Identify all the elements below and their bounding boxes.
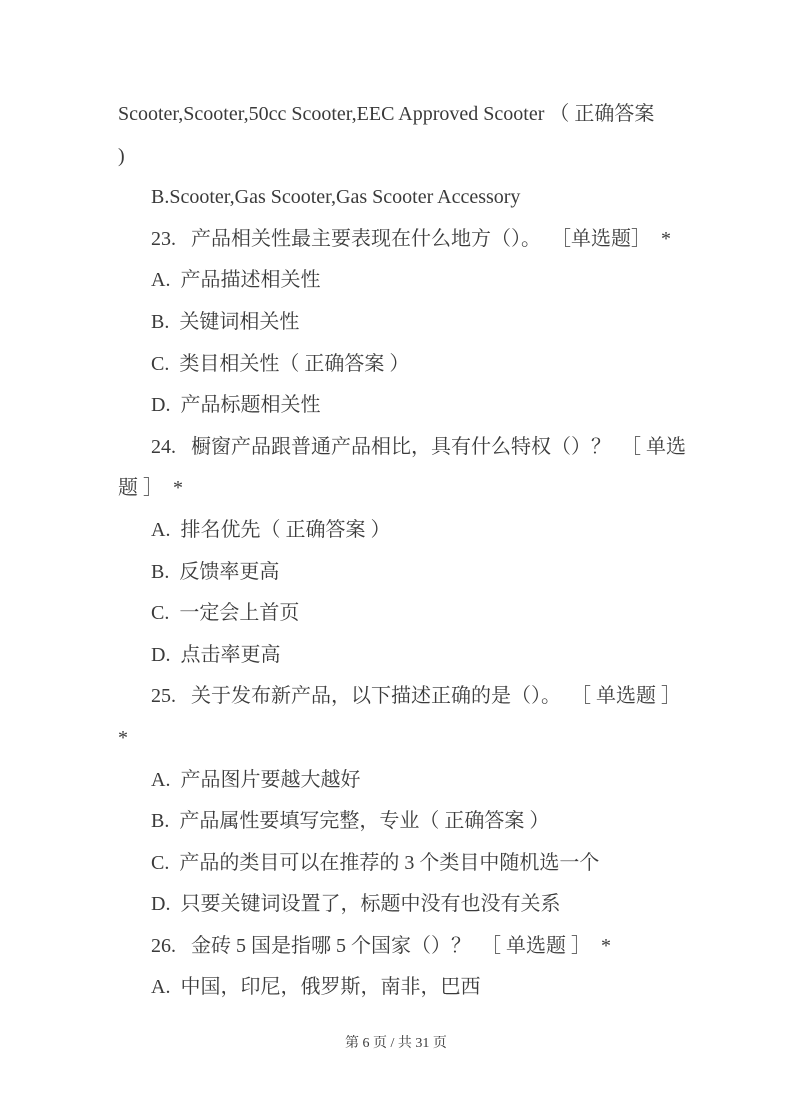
document-page: Scooter,Scooter,50cc Scooter,EEC Approve… (0, 0, 792, 1120)
page-number: 第 6 页 / 共 31 页 (345, 1036, 447, 1051)
doc-line: Scooter,Scooter,50cc Scooter,EEC Approve… (118, 94, 676, 136)
doc-line: 25. 关于发布新产品，以下描述正确的是（）。 ［ 单选题 ］ (118, 676, 676, 718)
doc-line: B. 反馈率更高 (118, 552, 676, 594)
doc-line: D. 产品标题相关性 (118, 385, 676, 427)
page-footer: 第 6 页 / 共 31 页 (0, 1034, 792, 1054)
doc-line: C. 一定会上首页 (118, 593, 676, 635)
doc-line: A. 排名优先（ 正确答案 ） (118, 510, 676, 552)
doc-line: A. 中国，印尼，俄罗斯，南非，巴西 (118, 967, 676, 1009)
document-body: Scooter,Scooter,50cc Scooter,EEC Approve… (118, 94, 676, 1009)
doc-line: C. 类目相关性（ 正确答案 ） (118, 344, 676, 386)
doc-line: C. 产品的类目可以在推荐的 3 个类目中随机选一个 (118, 843, 676, 885)
doc-line: B.Scooter,Gas Scooter,Gas Scooter Access… (118, 177, 676, 219)
doc-line: ) (118, 136, 676, 178)
doc-line: A. 产品图片要越大越好 (118, 760, 676, 802)
doc-line: D. 点击率更高 (118, 635, 676, 677)
doc-line: D. 只要关键词设置了，标题中没有也没有关系 (118, 884, 676, 926)
doc-line: 26. 金砖 5 国是指哪 5 个国家（）？ ［ 单选题 ］ * (118, 926, 676, 968)
doc-line: 题 ］ * (118, 468, 676, 510)
doc-line: A. 产品描述相关性 (118, 260, 676, 302)
doc-line: B. 关键词相关性 (118, 302, 676, 344)
doc-line: B. 产品属性要填写完整，专业（ 正确答案 ） (118, 801, 676, 843)
doc-line: 23. 产品相关性最主要表现在什么地方（）。 ［单选题］ * (118, 219, 676, 261)
doc-line: 24. 橱窗产品跟普通产品相比，具有什么特权（）？ ［ 单选 (118, 427, 676, 469)
doc-line: * (118, 718, 676, 760)
